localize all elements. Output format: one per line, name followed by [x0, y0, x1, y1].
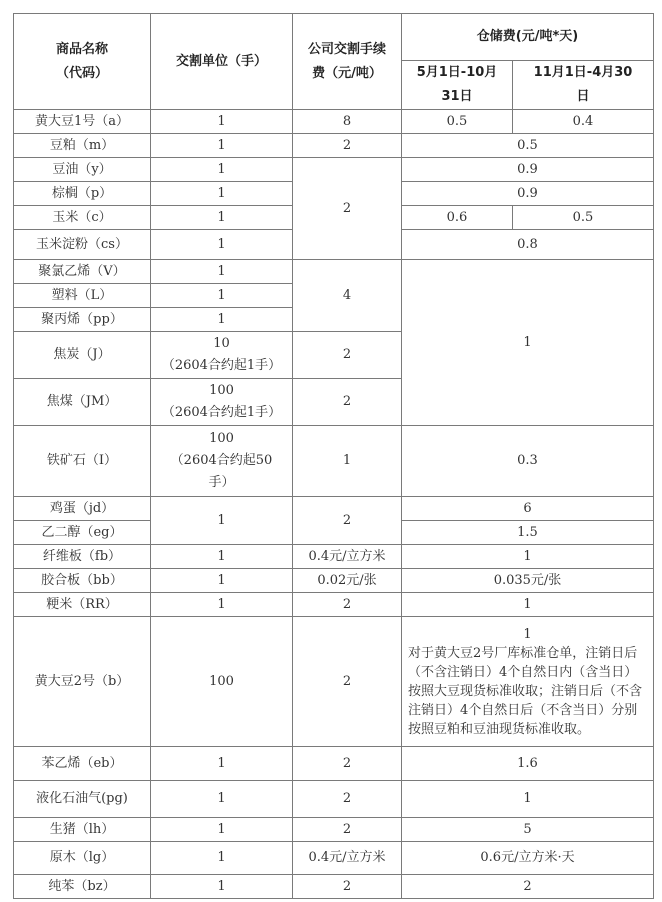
storage-fee: 0.5: [402, 134, 654, 158]
delivery-fee: 0.02元/张: [293, 569, 402, 593]
storage-fee-summer: 0.6: [402, 206, 513, 230]
delivery-unit: 100 （2604合约起1手）: [151, 379, 293, 426]
delivery-fee: 0.4元/立方米: [293, 545, 402, 569]
delivery-unit: 1: [151, 781, 293, 818]
header-period-winter-line1: 11月1日-4月30: [516, 61, 650, 85]
delivery-unit: 1: [151, 134, 293, 158]
header-storage-period-summer: 5月1日-10月 31日: [402, 61, 513, 110]
product-name: 聚氯乙烯（V）: [14, 260, 151, 284]
storage-fee: 1: [402, 545, 654, 569]
product-name: 苯乙烯（eb）: [14, 747, 151, 781]
storage-fee: 1: [402, 593, 654, 617]
header-storage-fee: 仓储费(元/吨*天): [402, 14, 654, 61]
header-period-summer-line1: 5月1日-10月: [405, 61, 509, 85]
delivery-fee: 2: [293, 134, 402, 158]
header-product-name-line2: （代码）: [17, 62, 147, 86]
storage-fee-with-note: 1 对于黄大豆2号厂库标准仓单，注销日后（不含注销日）4个自然日内（含当日）按照…: [402, 617, 654, 747]
delivery-fee: 2: [293, 875, 402, 899]
product-name: 粳米（RR）: [14, 593, 151, 617]
product-name: 原木（lg）: [14, 842, 151, 875]
header-product-name-line1: 商品名称: [17, 38, 147, 62]
storage-fee-value: 1: [408, 625, 647, 644]
delivery-fee: 2: [293, 379, 402, 426]
delivery-fee: 2: [293, 781, 402, 818]
storage-fee-winter: 0.4: [513, 110, 654, 134]
table-row: 豆油（y） 1 2 0.9: [14, 158, 654, 182]
product-name: 鸡蛋（jd）: [14, 497, 151, 521]
table-row: 液化石油气(pg) 1 2 1: [14, 781, 654, 818]
delivery-unit-line3: 手）: [154, 472, 289, 494]
delivery-unit: 1: [151, 182, 293, 206]
delivery-unit: 100: [151, 617, 293, 747]
delivery-fee: 8: [293, 110, 402, 134]
product-name: 玉米（c）: [14, 206, 151, 230]
storage-fee-note: 对于黄大豆2号厂库标准仓单，注销日后（不含注销日）4个自然日内（含当日）按照大豆…: [408, 646, 642, 737]
storage-fee: 0.3: [402, 426, 654, 497]
storage-fee: 5: [402, 818, 654, 842]
table-row: 豆粕（m） 1 2 0.5: [14, 134, 654, 158]
storage-fee-merged: 1: [402, 260, 654, 426]
header-delivery-fee: 公司交割手续 费（元/吨）: [293, 14, 402, 110]
product-name: 豆粕（m）: [14, 134, 151, 158]
delivery-fee-table: 商品名称 （代码） 交割单位（手） 公司交割手续 费（元/吨） 仓储费(元/吨*…: [13, 13, 654, 899]
delivery-fee: 2: [293, 332, 402, 379]
table-row: 纤维板（fb） 1 0.4元/立方米 1: [14, 545, 654, 569]
storage-fee-winter: 0.5: [513, 206, 654, 230]
delivery-unit: 1: [151, 593, 293, 617]
table-row: 鸡蛋（jd） 1 2 6: [14, 497, 654, 521]
delivery-unit-line2: （2604合约起1手）: [154, 355, 289, 377]
delivery-unit: 1: [151, 875, 293, 899]
delivery-fee: 2: [293, 593, 402, 617]
delivery-unit: 1: [151, 842, 293, 875]
delivery-unit: 1: [151, 284, 293, 308]
delivery-unit-line2: （2604合约起50: [154, 450, 289, 472]
delivery-fee-merged: 4: [293, 260, 402, 332]
product-name: 纯苯（bz）: [14, 875, 151, 899]
product-name: 塑料（L）: [14, 284, 151, 308]
delivery-unit: 1: [151, 545, 293, 569]
product-name: 焦煤（JM）: [14, 379, 151, 426]
header-delivery-fee-line1: 公司交割手续: [296, 38, 398, 62]
delivery-unit: 10 （2604合约起1手）: [151, 332, 293, 379]
table-row: 生猪（lh） 1 2 5: [14, 818, 654, 842]
storage-fee: 0.6元/立方米·天: [402, 842, 654, 875]
header-period-summer-line2: 31日: [405, 85, 509, 109]
delivery-unit: 1: [151, 110, 293, 134]
table-row: 黄大豆1号（a） 1 8 0.5 0.4: [14, 110, 654, 134]
delivery-fee: 1: [293, 426, 402, 497]
product-name: 玉米淀粉（cs）: [14, 230, 151, 260]
storage-fee: 0.9: [402, 158, 654, 182]
product-name: 黄大豆1号（a）: [14, 110, 151, 134]
delivery-unit: 100 （2604合约起50 手）: [151, 426, 293, 497]
product-name: 胶合板（bb）: [14, 569, 151, 593]
product-name: 乙二醇（eg）: [14, 521, 151, 545]
product-name: 豆油（y）: [14, 158, 151, 182]
header-product-name: 商品名称 （代码）: [14, 14, 151, 110]
delivery-fee-merged: 2: [293, 497, 402, 545]
storage-fee-summer: 0.5: [402, 110, 513, 134]
delivery-unit: 1: [151, 818, 293, 842]
delivery-fee-merged: 2: [293, 158, 402, 260]
delivery-unit: 1: [151, 260, 293, 284]
header-delivery-unit: 交割单位（手）: [151, 14, 293, 110]
delivery-unit: 1: [151, 308, 293, 332]
delivery-fee: 2: [293, 818, 402, 842]
storage-fee: 0.035元/张: [402, 569, 654, 593]
delivery-unit: 1: [151, 569, 293, 593]
delivery-unit: 1: [151, 206, 293, 230]
header-storage-period-winter: 11月1日-4月30 日: [513, 61, 654, 110]
storage-fee: 1.5: [402, 521, 654, 545]
storage-fee: 1.6: [402, 747, 654, 781]
product-name: 纤维板（fb）: [14, 545, 151, 569]
delivery-unit: 1: [151, 158, 293, 182]
delivery-unit-line1: 100: [154, 428, 289, 450]
header-delivery-fee-line2: 费（元/吨）: [296, 62, 398, 86]
delivery-unit-line2: （2604合约起1手）: [154, 402, 289, 424]
table-row: 纯苯（bz） 1 2 2: [14, 875, 654, 899]
delivery-unit-line1: 10: [154, 333, 289, 355]
product-name: 聚丙烯（pp）: [14, 308, 151, 332]
product-name: 棕榈（p）: [14, 182, 151, 206]
table-row: 粳米（RR） 1 2 1: [14, 593, 654, 617]
product-name: 液化石油气(pg): [14, 781, 151, 818]
table-row: 聚氯乙烯（V） 1 4 1: [14, 260, 654, 284]
delivery-unit: 1: [151, 230, 293, 260]
table-row: 铁矿石（I） 100 （2604合约起50 手） 1 0.3: [14, 426, 654, 497]
header-row-1: 商品名称 （代码） 交割单位（手） 公司交割手续 费（元/吨） 仓储费(元/吨*…: [14, 14, 654, 61]
product-name: 铁矿石（I）: [14, 426, 151, 497]
storage-fee: 6: [402, 497, 654, 521]
storage-fee: 0.8: [402, 230, 654, 260]
delivery-fee: 2: [293, 617, 402, 747]
storage-fee: 2: [402, 875, 654, 899]
storage-fee: 0.9: [402, 182, 654, 206]
product-name: 黄大豆2号（b）: [14, 617, 151, 747]
delivery-unit: 1: [151, 747, 293, 781]
table-row: 胶合板（bb） 1 0.02元/张 0.035元/张: [14, 569, 654, 593]
product-name: 生猪（lh）: [14, 818, 151, 842]
table-row: 黄大豆2号（b） 100 2 1 对于黄大豆2号厂库标准仓单，注销日后（不含注销…: [14, 617, 654, 747]
header-period-winter-line2: 日: [516, 85, 650, 109]
delivery-fee: 0.4元/立方米: [293, 842, 402, 875]
table-row: 苯乙烯（eb） 1 2 1.6: [14, 747, 654, 781]
delivery-unit-line1: 100: [154, 380, 289, 402]
delivery-unit-merged: 1: [151, 497, 293, 545]
delivery-fee: 2: [293, 747, 402, 781]
product-name: 焦炭（J）: [14, 332, 151, 379]
table-row: 原木（lg） 1 0.4元/立方米 0.6元/立方米·天: [14, 842, 654, 875]
storage-fee: 1: [402, 781, 654, 818]
